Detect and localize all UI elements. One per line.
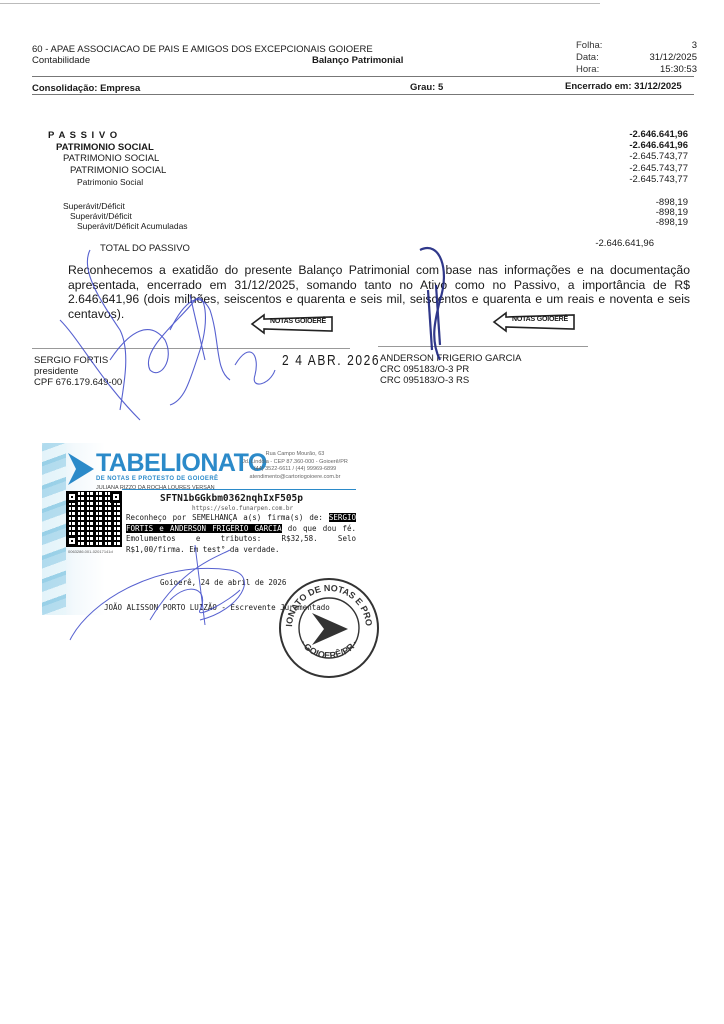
notas-label: NOTAS GOIOERÊ [512, 316, 568, 323]
declaration-text: Reconhecemos a exatidão do presente Bala… [68, 263, 690, 321]
row-value-passivo: -2.646.641,96 [548, 129, 688, 140]
stamp-bottom-text: · GOIOERÊ/PR · [298, 638, 359, 660]
folha-label: Folha: [576, 40, 602, 51]
qr-code[interactable] [66, 491, 122, 547]
seal-recognition-text: Reconheço por SEMELHANÇA a(s) firma(s) d… [126, 513, 356, 555]
data-label: Data: [576, 52, 599, 63]
stamp-arrow-icon [312, 613, 348, 645]
total-label: TOTAL DO PASSIVO [100, 243, 190, 254]
row-value-patrimonio-social-3: -2.645.743,77 [548, 163, 688, 174]
signatory-2: ANDERSON FRIGERIO GARCIA CRC 095183/O-3 … [380, 353, 521, 386]
header-rule-top [32, 76, 694, 77]
seal-url: https://selo.funarpen.com.br [192, 505, 293, 512]
consolidation-label: Consolidação: Empresa [32, 83, 140, 94]
date-received-stamp: 2 4 ABR. 2026 [282, 352, 380, 369]
row-label-patrimonio-social-3: PATRIMONIO SOCIAL [70, 165, 166, 176]
scan-edge-line [0, 3, 600, 4]
row-label-superavit-acumuladas: Superávit/Déficit Acumuladas [77, 221, 188, 231]
hora-label: Hora: [576, 64, 599, 75]
row-label-superavit-2: Superávit/Déficit [70, 211, 132, 221]
row-label-patrimonio-social-2: PATRIMONIO SOCIAL [63, 153, 159, 164]
total-value: -2.646.641,96 [514, 238, 654, 249]
address-line-1: Rua Campo Mourão, 63 [230, 451, 360, 459]
round-notary-stamp: TABELIONATO DE NOTAS E PROTESTO · GOIOER… [278, 577, 380, 679]
seal-divider [122, 489, 356, 490]
row-value-patrimonio-social-4: -2.645.743,77 [548, 174, 688, 185]
signatory-1-role: presidente [34, 366, 122, 377]
row-value-superavit-acumuladas: -898,19 [548, 217, 688, 228]
data-value: 31/12/2025 [617, 52, 697, 63]
signatory-2-crc-pr: CRC 095183/O-3 PR [380, 364, 521, 375]
grade-label: Grau: 5 [410, 82, 443, 93]
signatory-1-name: SERGIO FORTIS [34, 355, 122, 366]
notas-label: NOTAS GOIOERÊ [270, 318, 326, 325]
closing-date-label: Encerrado em: 31/12/2025 [565, 81, 682, 92]
signature-line-right [378, 346, 588, 347]
hologram-strip [42, 443, 66, 615]
department-label: Contabilidade [32, 55, 90, 66]
notas-goioere-stamp-1: NOTAS GOIOERÊ [250, 313, 334, 335]
report-title: Balanço Patrimonial [312, 55, 403, 66]
row-label-superavit-1: Superávit/Déficit [63, 201, 125, 211]
email: atendimento@cartoriogoioere.com.br [230, 474, 360, 482]
notas-goioere-stamp-2: NOTAS GOIOERÊ [492, 311, 576, 333]
row-label-passivo: P A S S I V O [48, 130, 118, 141]
recognition-pre: Reconheço por SEMELHANÇA a(s) firma(s) d… [126, 513, 329, 522]
signatory-1: SERGIO FORTIS presidente CPF 676.179.649… [34, 355, 122, 388]
row-label-patrimonio-social-4: Patrimonio Social [77, 177, 143, 187]
seal-code: SFTN1bGGkbm0362nqhIxF505p [160, 493, 303, 504]
seal-place-date: Goioerê, 24 de abril de 2026 [160, 578, 286, 587]
row-value-patrimonio-social-1: -2.646.641,96 [548, 140, 688, 151]
notary-address: Rua Campo Mourão, 63 Jd. Lindóia - CEP 8… [230, 451, 360, 481]
folha-value: 3 [617, 40, 697, 51]
svg-text:· GOIOERÊ/PR ·: · GOIOERÊ/PR · [298, 638, 359, 660]
organization-name: 60 - APAE ASSOCIACAO DE PAIS E AMIGOS DO… [32, 44, 373, 55]
signature-line-left [32, 348, 350, 349]
hora-value: 15:30:53 [617, 64, 697, 75]
phone: (44) 3522-6611 / (44) 99969-6899 [230, 466, 360, 474]
header-rule-bottom [32, 94, 694, 95]
row-value-patrimonio-social-2: -2.645.743,77 [548, 151, 688, 162]
signatory-2-crc-rs: CRC 095183/O-3 RS [380, 375, 521, 386]
signatory-1-cpf: CPF 676.179.649-00 [34, 377, 122, 388]
tabelionato-arrow-icon [66, 451, 96, 487]
address-line-2: Jd. Lindóia - CEP 87.360-000 - Goioerê/P… [230, 459, 360, 467]
notary-brand-sub: DE NOTAS E PROTESTO DE GOIOERÊ [96, 476, 218, 482]
seal-side-id: 0063286.001-02017141d [68, 549, 113, 554]
row-label-patrimonio-social-1: PATRIMONIO SOCIAL [56, 142, 154, 153]
signatory-2-name: ANDERSON FRIGERIO GARCIA [380, 353, 521, 364]
